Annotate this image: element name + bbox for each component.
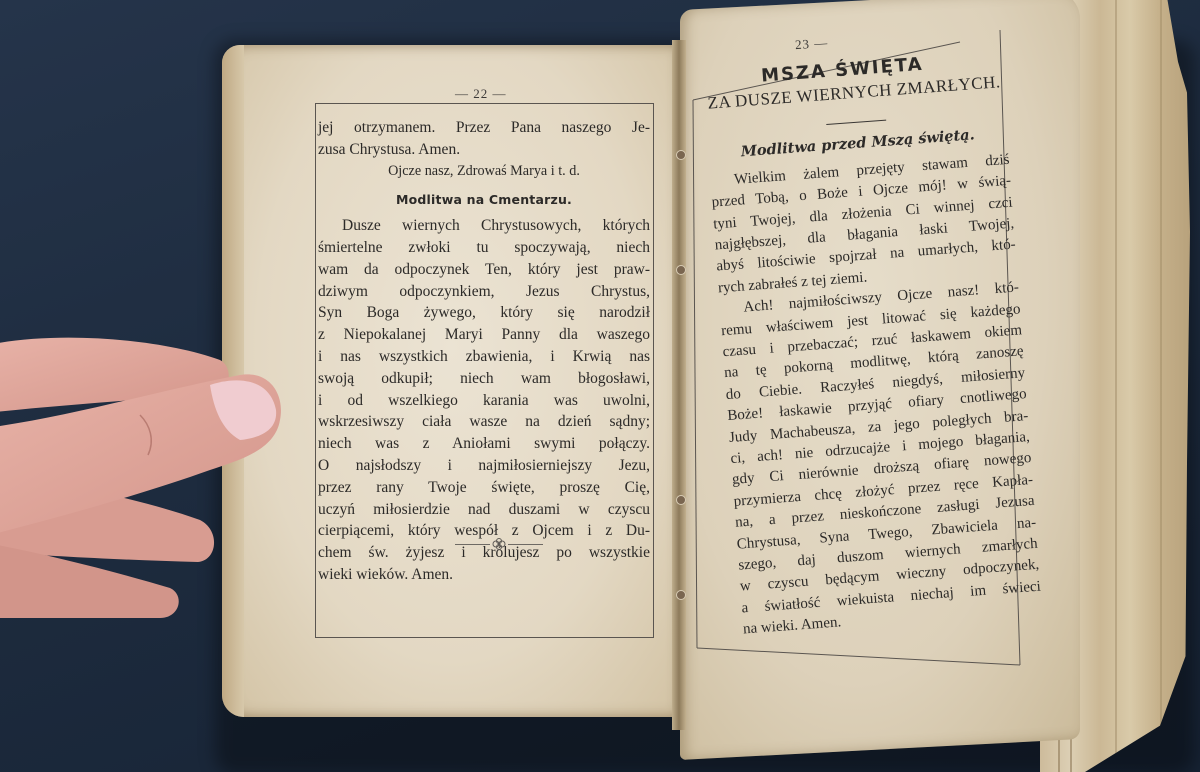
title-rule-divider xyxy=(826,119,886,125)
hand-holding-page xyxy=(0,320,300,620)
right-page-text: MSZA ŚWIĘTA ZA DUSZE WIERNYCH ZMARŁYCH. … xyxy=(702,48,1043,641)
